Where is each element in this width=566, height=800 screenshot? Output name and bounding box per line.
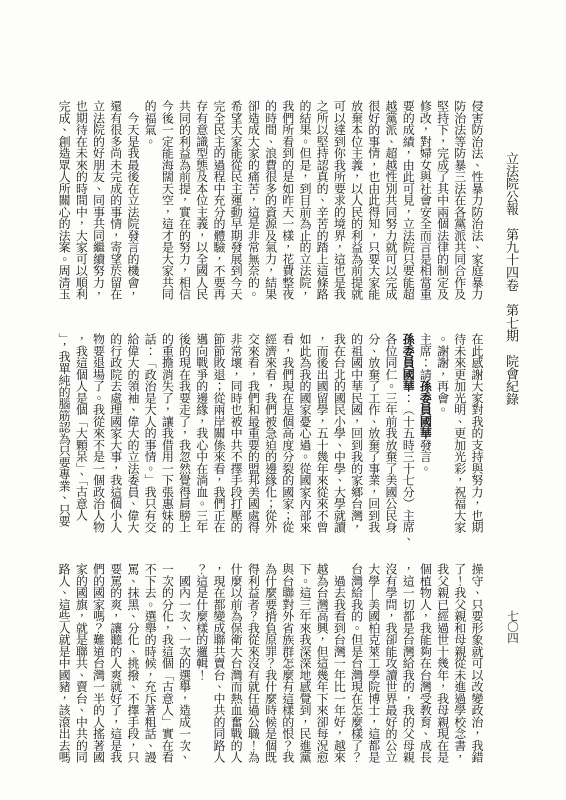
text-column: 們的國家嗎？難道台灣一半的人搖著國 [89, 563, 106, 767]
text-column: 看，我們現在是個高度分裂的國家；從 [279, 333, 296, 537]
text-column: 今天是我最後在立法院發言的機會， [124, 100, 141, 304]
text-column: 路人、這些人就是中國豬，該滾出去嗎 [55, 563, 72, 767]
text-column: ，而後出國留學，五十幾年來從來不曾 [313, 333, 330, 537]
text-band-upper: 侵害防治法、性暴力防治法、家庭暴力防治法等防暴三法在各黨派共同合作及堅持下，完成… [55, 100, 485, 305]
text-column: 還有很多尚未完成的事情，寄望於留在 [107, 100, 124, 304]
text-column: 完全民主的過程中充分的體驗，不要再 [210, 100, 227, 304]
text-column: 下。這三年來我深深地感覺到，民進黨 [296, 563, 313, 767]
text-column: 沒有學問，我卻能攻讀世界最好的公立 [382, 563, 399, 767]
text-column: 存有意識型態及本位主義，以全國人民 [193, 100, 210, 304]
text-column: 很好的事情，也由此得知，只要大家能 [365, 100, 382, 304]
text-column: 一次的分化，我這個「古意人」實在看 [158, 563, 175, 767]
text-column: 。謝謝，再會。 [433, 333, 450, 537]
text-column: 孫委員國華：（十五時三十七分）主席、 [399, 333, 416, 537]
text-column: 經濟來看，我們被急迫的邊緣化；從外 [261, 333, 278, 537]
text-column: 我父親已經過世十幾年，我母親現在是 [433, 563, 450, 767]
text-column: 的福氣。 [141, 100, 158, 304]
text-column: ，現在都變成聯共賣台、中共的同路人 [210, 563, 227, 767]
text-column: 侵害防治法、性暴力防治法、家庭暴力 [468, 100, 485, 304]
text-column: 」，我單純的腦筋認為只要專業、只要 [55, 333, 72, 537]
text-column: 如此為我的國家憂心過。從國家內部來 [296, 333, 313, 537]
text-column: 在此感謝大家對我的支持與努力，也期 [468, 333, 485, 537]
text-column: 卻造成大家的痛苦，這是非常無奈的。 [244, 100, 261, 304]
text-column: ，我這個人是個「大顆呆」、「古意人 [72, 333, 89, 537]
publication-header: 立法院公報 第九十四卷 第七期 院會紀錄 [502, 152, 521, 405]
text-column: 防治法等防暴三法在各黨派共同合作及 [451, 100, 468, 304]
text-column: 過去我看到台灣一年比一年好，越來 [330, 563, 347, 767]
text-column: 我在台北的國民小學、中學、大學就讀 [330, 333, 347, 537]
text-column: 要的成績，由此可見，立法院只要能超 [399, 100, 416, 304]
text-column: 的時間、浪費很多的資源及氣力，結果 [261, 100, 278, 304]
text-column: 節節敗退；從兩岸關係來看，我們正在 [210, 333, 227, 537]
text-column: 也期待在未來的時間中，大家可以順利 [72, 100, 89, 304]
text-column: 待未來更加光明、更加光彩，祝福大家 [451, 333, 468, 537]
text-column: 交來看，我們和最重要的盟邦美國處得 [244, 333, 261, 537]
text-column: 的行政院去處理國家大事，我這個小人 [107, 333, 124, 537]
text-column: 得利益者？我從來沒有就任過公職！為 [244, 563, 261, 767]
text-column: 大學—美國柏克萊工學院博士，這都是 [365, 563, 382, 767]
page-number: 七〇四 [504, 610, 520, 643]
text-column: 共同的利益為前提，實在的努力，相信 [175, 100, 192, 304]
text-column: 的祖國中華民國，回到我的家鄉台灣， [347, 333, 364, 537]
text-column: 個植物人，我能夠在台灣受教育、成長 [416, 563, 433, 767]
text-column: 的結果。但是，到目前為止的立法院， [296, 100, 313, 304]
text-column: 國內一次、一次的選舉，造成一次、 [175, 563, 192, 767]
text-column: 分、放棄了工作、放棄了事業，回到我 [365, 333, 382, 537]
text-column: 與台聯對外省族群怎麼有這樣的恨？我 [279, 563, 296, 767]
text-column: 了！我父親和母親從未進過學校念書， [451, 563, 468, 767]
gazette-scan-page: 立法院公報 第九十四卷 第七期 院會紀錄 七〇四 侵害防治法、性暴力防治法、家庭… [0, 0, 566, 800]
text-column: 完成、創造眾人所關心的法案。周清玉 [55, 100, 72, 304]
text-column: 之所以堅持認真的、辛苦的踏上這條路 [313, 100, 330, 304]
text-column: 話：「政治是大人的事情。」我只有交 [141, 333, 158, 537]
text-column: 罵、抹黑、分化、挑撥、不擇手段，只 [124, 563, 141, 767]
text-band-lower: 操守、只要形象就可以改變政治，我錯了！我父親和母親從未進過學校念書，我父親已經過… [55, 563, 485, 768]
text-column: 主席：請孫委員國華發言。 [416, 333, 433, 537]
text-column: ，這一切都是台灣給我的，我的父母親 [399, 563, 416, 767]
text-column: 給偉大的領袖、偉大的立法委員、偉大 [124, 333, 141, 537]
text-column: 修改，對婦女與社會安全而言是相當重 [416, 100, 433, 304]
text-column: 可以達到你我所要求的境界，這也是我 [330, 100, 347, 304]
text-column: 希望大家能從民主運動早期發展到今天 [227, 100, 244, 304]
text-column: 家的國旗，就是聯共、賣台、中共的同 [72, 563, 89, 767]
text-column: 越為台灣高興，但這幾年下來卻每況愈 [313, 563, 330, 767]
text-column: 非常壞，同時也被中共不擇手段打壓的 [227, 333, 244, 537]
text-column: 操守、只要形象就可以改變政治，我錯 [468, 563, 485, 767]
text-column: 不下去。選舉的時候，充斥著粗話、謾 [141, 563, 158, 767]
text-column: 要罵的爽，讓聽的人爽就好了，這是我 [107, 563, 124, 767]
text-column: ？這是什麼樣的邏輯！ [193, 563, 210, 767]
text-column: 物要退場了。我從來不是一個政治人物 [89, 333, 106, 537]
text-column: 堅持下，完成了其中兩個法律的制定及 [433, 100, 450, 304]
text-column: 我們所看到的是如昨天一樣，花費整夜 [279, 100, 296, 304]
text-column: 各位同仁。三年前我放棄了美國公民身 [382, 333, 399, 537]
text-column: 的重擔消失了，讓我借用一下張惠妹的 [158, 333, 175, 537]
text-column: 放棄本位主義，以人民的利益為前提就 [347, 100, 364, 304]
text-column: 邁向戰爭的邊緣，我心中在淌血。三年 [193, 333, 210, 537]
text-band-middle: 在此感謝大家對我的支持與努力，也期待未來更加光明、更加光彩，祝福大家。謝謝，再會… [55, 333, 485, 538]
text-column: 立法院的好朋友、同事共同繼續努力， [89, 100, 106, 304]
text-column: 為什麼要揹負原罪？我什麼時候是個既 [261, 563, 278, 767]
text-column: 越黨派、超越性別共同努力就可以完成 [382, 100, 399, 304]
text-column: 台灣給我的。但是台灣現在怎麼樣了？ [347, 563, 364, 767]
text-column: 什麼以前為保衛大台灣而熱血奮戰的人 [227, 563, 244, 767]
text-column: 今後一定能海闊天空，這才是大家共同 [158, 100, 175, 304]
text-column: 後的現在我要走了，我忽然覺得肩膀上 [175, 333, 192, 537]
